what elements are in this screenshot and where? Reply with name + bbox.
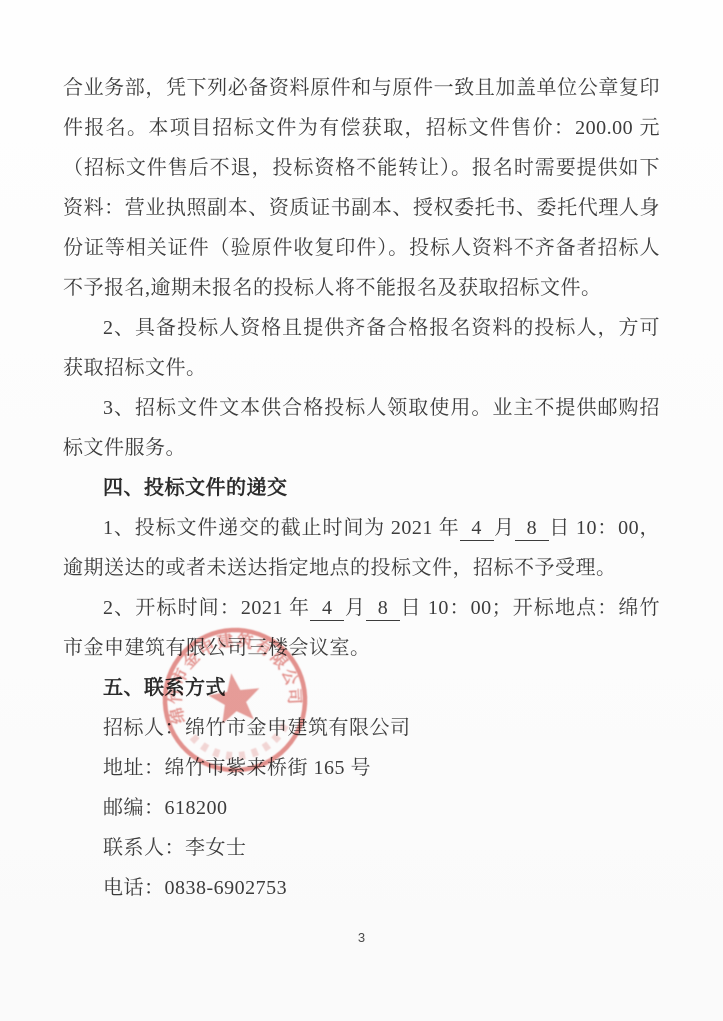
page-number: 3 xyxy=(0,930,723,945)
opening-day-underlined: 8 xyxy=(366,596,400,621)
opening-text-between: 月 xyxy=(344,597,366,619)
paragraph-item-2: 2、具备投标人资格且提供齐备合格报名资料的投标人，方可获取招标文件。 xyxy=(63,308,660,388)
paragraph-bid-opening: 2、开标时间：2021 年4月8日 10：00；开标地点：绵竹市金申建筑有限公司… xyxy=(63,588,660,668)
paragraph-deadline: 1、投标文件递交的截止时间为 2021 年4月8日 10：00，逾期送达的或者未… xyxy=(63,508,660,588)
contact-tenderer: 招标人：绵竹市金申建筑有限公司 xyxy=(63,708,660,748)
deadline-text-between: 月 xyxy=(494,517,515,539)
opening-text-pre: 2、开标时间：2021 年 xyxy=(103,597,310,619)
opening-month-underlined: 4 xyxy=(310,596,344,621)
contact-phone: 电话：0838-6902753 xyxy=(63,868,660,908)
paragraph-item-3: 3、招标文件文本供合格投标人领取使用。业主不提供邮购招标文件服务。 xyxy=(63,388,660,468)
paragraph-registration: 合业务部，凭下列必备资料原件和与原件一致且加盖单位公章复印件报名。本项目招标文件… xyxy=(63,68,660,308)
deadline-month-underlined: 4 xyxy=(460,516,494,541)
section-heading-contact: 五、联系方式 xyxy=(63,668,660,708)
document-page: 合业务部，凭下列必备资料原件和与原件一致且加盖单位公章复印件报名。本项目招标文件… xyxy=(0,0,723,1021)
contact-address: 地址：绵竹市紫来桥街 165 号 xyxy=(63,748,660,788)
deadline-day-underlined: 8 xyxy=(515,516,549,541)
contact-person: 联系人：李女士 xyxy=(63,828,660,868)
document-body: 合业务部，凭下列必备资料原件和与原件一致且加盖单位公章复印件报名。本项目招标文件… xyxy=(63,68,660,908)
deadline-text-pre: 1、投标文件递交的截止时间为 2021 年 xyxy=(103,517,460,539)
contact-postcode: 邮编：618200 xyxy=(63,788,660,828)
section-heading-submission: 四、投标文件的递交 xyxy=(63,468,660,508)
